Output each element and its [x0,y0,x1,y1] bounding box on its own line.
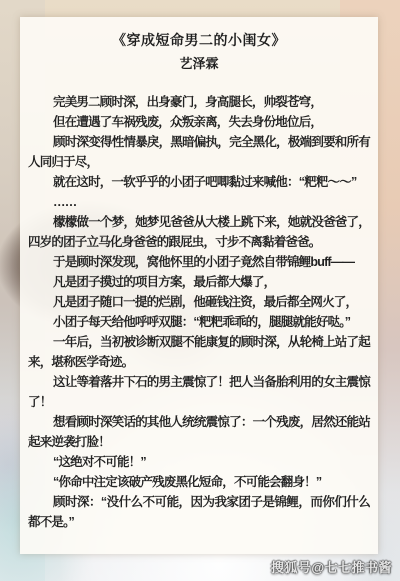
paragraph: 但在遭遇了车祸残废，众叛亲离，失去身份地位后， [28,112,370,132]
paragraph: …… [28,192,370,212]
paragraph: 这让等着落井下石的男主震惊了！把人当备胎利用的女主震惊了！ [28,372,370,412]
paragraph: 凡是团子随口一提的烂剧，他砸钱注资，最后都全网火了， [28,292,370,312]
paragraph: 檬檬做一个梦，她梦见爸爸从大楼上跳下来，她就没爸爸了，四岁的团子立马化身爸爸的跟… [28,212,370,252]
paragraph: 顾时深变得性情暴戾，黑暗偏执，完全黑化，极端到要和所有人同归于尽， [28,132,370,172]
paragraph: 小团子每天给他呼呼双腿：“粑粑乖乖的，腿腿就能好哒。” [28,312,370,332]
paragraph: 想看顾时深笑话的其他人统统震惊了：一个残废，居然还能站起来逆袭打脸！ [28,412,370,452]
synopsis-text: 完美男二顾时深，出身豪门，身高腿长，帅裂苍穹，但在遭遇了车祸残废，众叛亲离，失去… [28,92,370,532]
paragraph: 完美男二顾时深，出身豪门，身高腿长，帅裂苍穹， [28,92,370,112]
paragraph: 于是顾时深发现，窝他怀里的小团子竟然自带锦鲤buff—— [28,252,370,272]
text-card: 《穿成短命男二的小闺女》 艺泽霖 完美男二顾时深，出身豪门，身高腿长，帅裂苍穹，… [20,17,378,554]
paragraph: 顾时深：“没什么不可能，因为我家团子是锦鲤，而你们什么都不是。” [28,492,370,532]
paragraph: “你命中注定该破产残废黑化短命，不可能会翻身！” [28,472,370,492]
paragraph: 一年后，当初被诊断双腿不能康复的顾时深，从轮椅上站了起来，堪称医学奇迹。 [28,332,370,372]
book-title: 《穿成短命男二的小闺女》 [28,31,370,49]
paragraph: 凡是团子摸过的项目方案，最后都大爆了， [28,272,370,292]
author-name: 艺泽霖 [28,55,370,72]
paragraph: “这绝对不可能！” [28,452,370,472]
watermark: 搜狐号@七七推书酱 [271,557,392,576]
page-background: 《穿成短命男二的小闺女》 艺泽霖 完美男二顾时深，出身豪门，身高腿长，帅裂苍穹，… [0,0,400,581]
paragraph: 就在这时，一软乎乎的小团子吧唧黏过来喊他：“粑粑～～” [28,172,370,192]
